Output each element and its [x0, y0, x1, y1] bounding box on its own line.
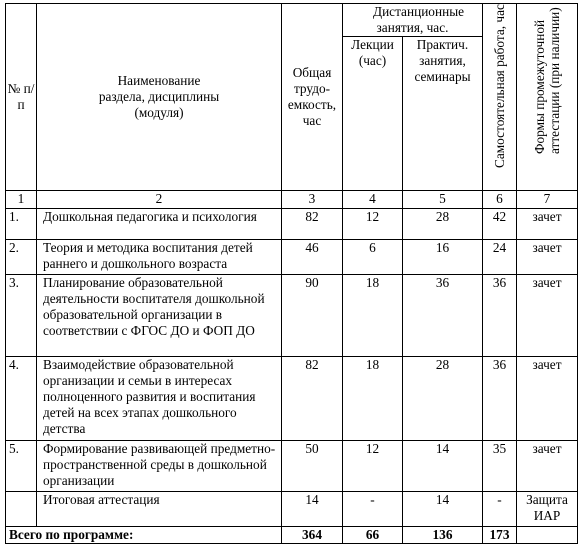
row-self-work: 35 — [483, 441, 517, 492]
row-name: Теория и методика воспитания детей ранне… — [37, 240, 282, 275]
totals-assessment — [517, 527, 578, 544]
index-cell: 6 — [483, 191, 517, 209]
row-self-work: - — [483, 492, 517, 527]
row-practice: 36 — [403, 275, 483, 357]
row-self-work: 42 — [483, 209, 517, 240]
table-row: 1. Дошкольная педагогика и психология 82… — [6, 209, 578, 240]
table-row: Итоговая аттестация 14 - 14 - Защита ИАР — [6, 492, 578, 527]
row-lectures: 6 — [343, 240, 403, 275]
totals-label: Всего по программе: — [6, 527, 282, 544]
row-self-work: 24 — [483, 240, 517, 275]
row-assessment: зачет — [517, 441, 578, 492]
row-practice: 16 — [403, 240, 483, 275]
header-total: Общая трудо-емкость, час — [282, 4, 343, 191]
index-cell: 2 — [37, 191, 282, 209]
totals-self-work: 173 — [483, 527, 517, 544]
totals-total: 364 — [282, 527, 343, 544]
row-practice: 14 — [403, 441, 483, 492]
row-lectures: - — [343, 492, 403, 527]
row-num: 2. — [6, 240, 37, 275]
row-practice: 28 — [403, 357, 483, 441]
header-num: № п/п — [6, 4, 37, 191]
row-total: 50 — [282, 441, 343, 492]
table-row: 3. Планирование образовательной деятельн… — [6, 275, 578, 357]
row-num — [6, 492, 37, 527]
row-total: 46 — [282, 240, 343, 275]
row-self-work: 36 — [483, 275, 517, 357]
row-lectures: 18 — [343, 357, 403, 441]
row-name: Итоговая аттестация — [37, 492, 282, 527]
totals-lectures: 66 — [343, 527, 403, 544]
header-assessment-line2: аттестации (при наличии) — [547, 7, 562, 154]
row-practice: 14 — [403, 492, 483, 527]
table-row: 5. Формирование развивающей предметно-пр… — [6, 441, 578, 492]
header-distance-group: Дистанционные занятия, час. — [343, 4, 483, 37]
row-total: 82 — [282, 357, 343, 441]
curriculum-table: № п/п Наименование раздела, дисциплины (… — [5, 3, 578, 544]
index-cell: 4 — [343, 191, 403, 209]
header-assessment-line1: Формы промежуточной — [532, 7, 547, 154]
index-cell: 3 — [282, 191, 343, 209]
row-total: 90 — [282, 275, 343, 357]
header-self-work: Самостоятельная работа, час — [483, 4, 517, 191]
row-lectures: 12 — [343, 209, 403, 240]
header-lectures: Лекции (час) — [343, 37, 403, 191]
header-name: Наименование раздела, дисциплины (модуля… — [37, 4, 282, 191]
row-num: 5. — [6, 441, 37, 492]
index-row: 1 2 3 4 5 6 7 — [6, 191, 578, 209]
index-cell: 1 — [6, 191, 37, 209]
row-assessment: зачет — [517, 240, 578, 275]
row-lectures: 18 — [343, 275, 403, 357]
row-total: 14 — [282, 492, 343, 527]
header-assessment: Формы промежуточной аттестации (при нали… — [517, 4, 578, 191]
row-name: Дошкольная педагогика и психология — [37, 209, 282, 240]
totals-practice: 136 — [403, 527, 483, 544]
table-row: 2. Теория и методика воспитания детей ра… — [6, 240, 578, 275]
header-self-work-text: Самостоятельная работа, час — [492, 4, 508, 168]
row-num: 1. — [6, 209, 37, 240]
row-name: Планирование образовательной деятельност… — [37, 275, 282, 357]
row-lectures: 12 — [343, 441, 403, 492]
row-self-work: 36 — [483, 357, 517, 441]
row-name: Взаимодействие образовательной организац… — [37, 357, 282, 441]
row-num: 3. — [6, 275, 37, 357]
row-practice: 28 — [403, 209, 483, 240]
totals-row: Всего по программе: 364 66 136 173 — [6, 527, 578, 544]
row-assessment: зачет — [517, 209, 578, 240]
header-assessment-text: Формы промежуточной аттестации (при нали… — [532, 7, 562, 154]
header-practice: Практич. занятия, семинары — [403, 37, 483, 191]
index-cell: 7 — [517, 191, 578, 209]
row-name: Формирование развивающей предметно-прост… — [37, 441, 282, 492]
header-row-1: № п/п Наименование раздела, дисциплины (… — [6, 4, 578, 37]
row-assessment: зачет — [517, 275, 578, 357]
row-total: 82 — [282, 209, 343, 240]
row-assessment: зачет — [517, 357, 578, 441]
index-cell: 5 — [403, 191, 483, 209]
table-row: 4. Взаимодействие образовательной органи… — [6, 357, 578, 441]
row-assessment: Защита ИАР — [517, 492, 578, 527]
row-num: 4. — [6, 357, 37, 441]
